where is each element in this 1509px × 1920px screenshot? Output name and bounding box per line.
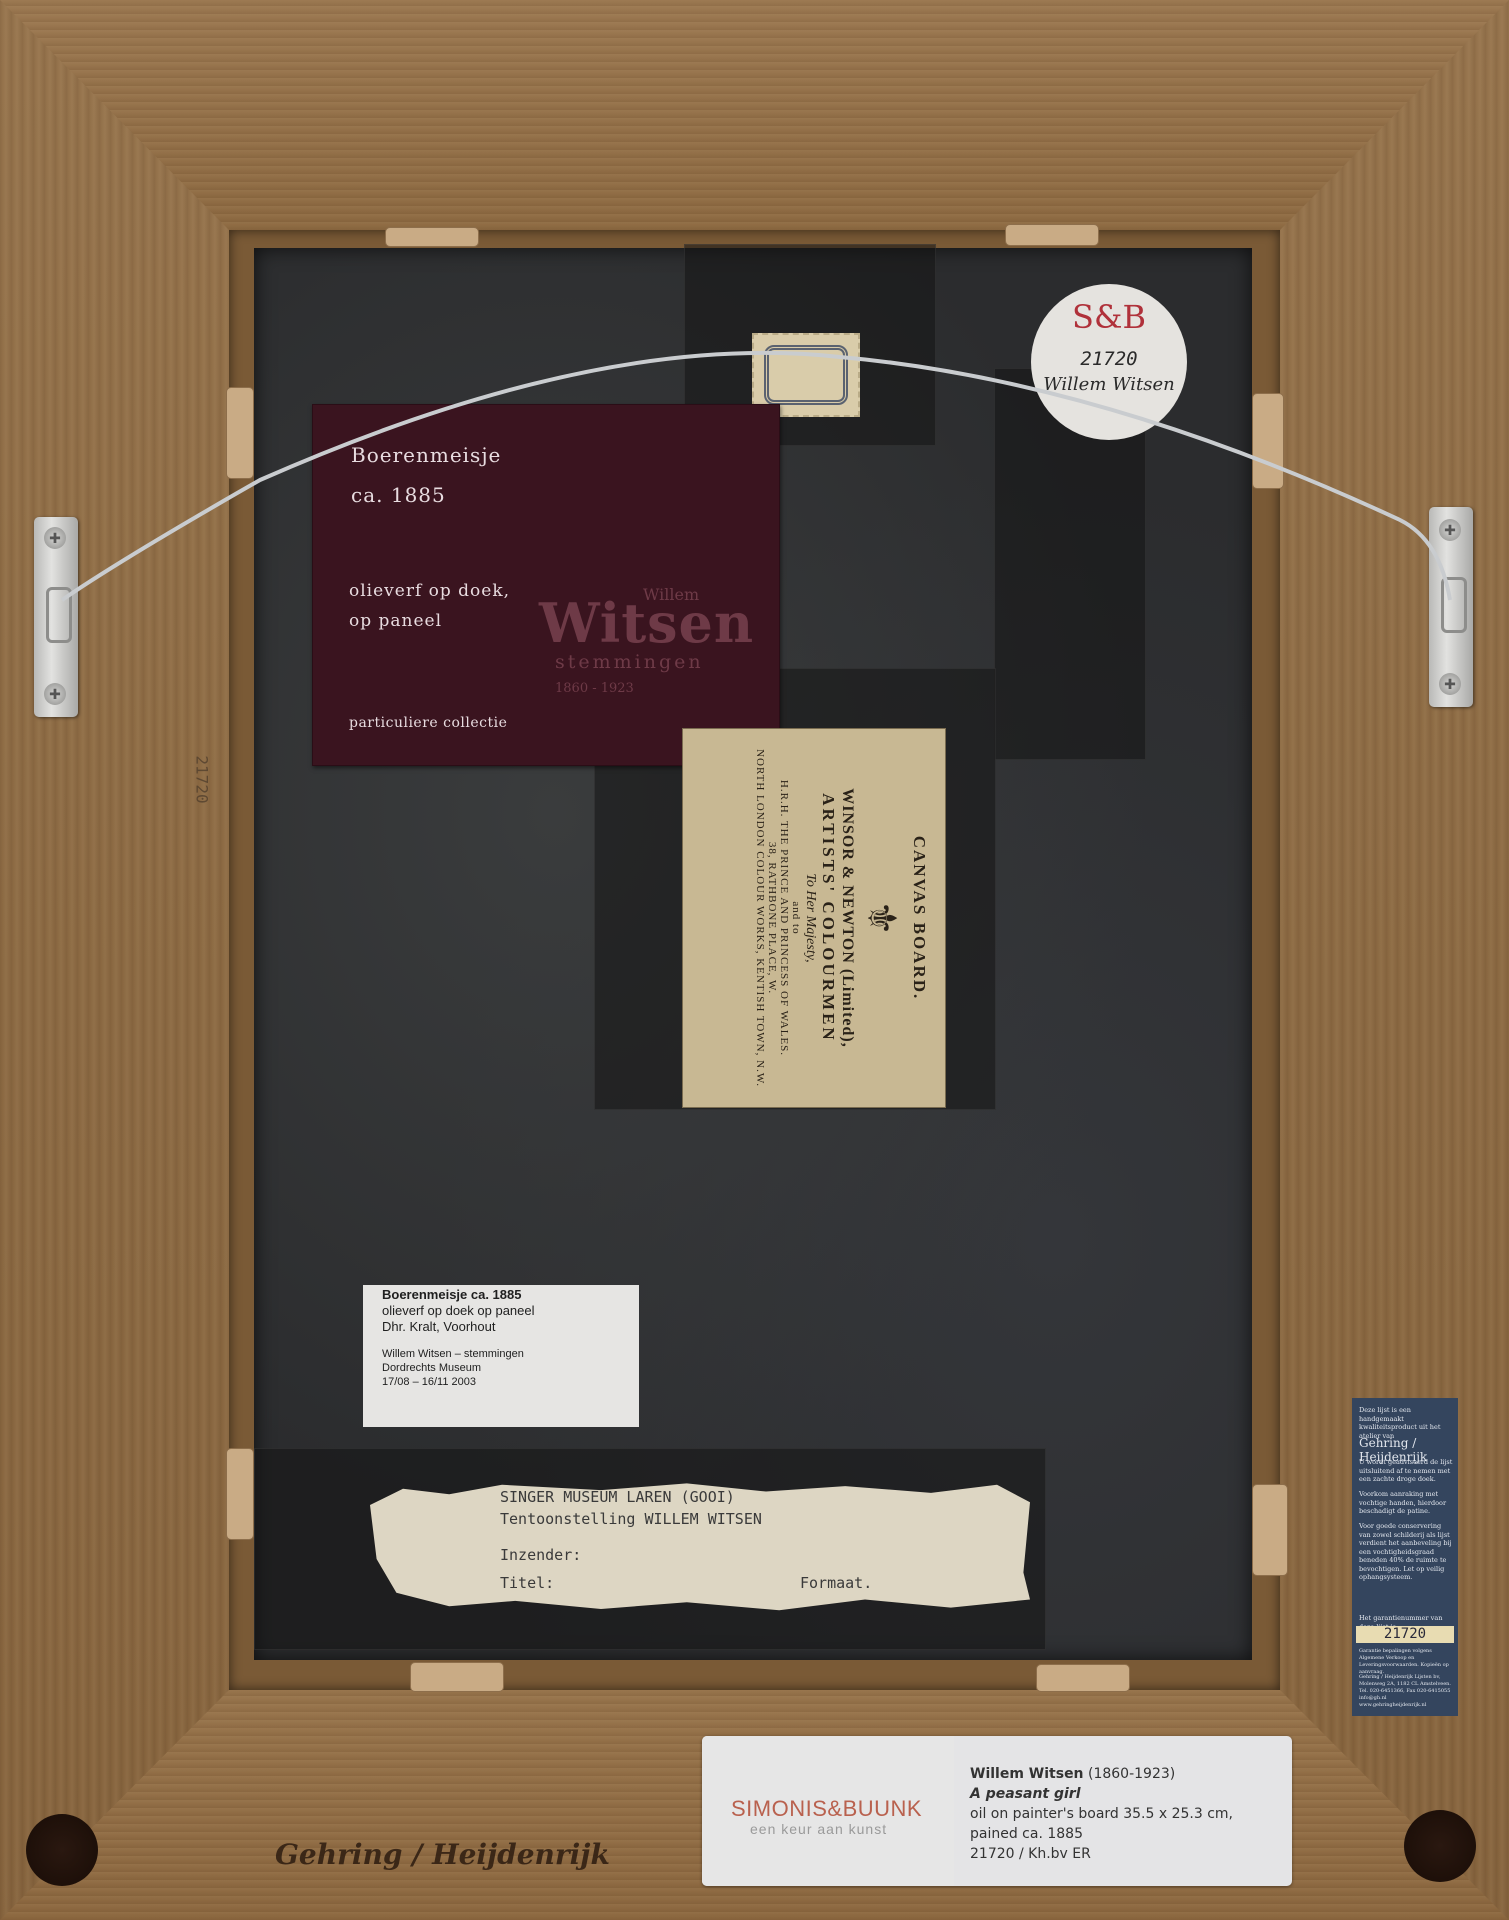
frame-maker-brand: Gehring / Heijdenrijk <box>275 1838 610 1871</box>
hanging-wire <box>0 0 1509 1920</box>
gallery-date: pained ca. 1885 <box>970 1824 1233 1844</box>
wood-plug <box>26 1814 98 1886</box>
gallery-artist: Willem Witsen <box>970 1766 1084 1782</box>
gallery-medium: oil on painter's board 35.5 x 25.3 cm, <box>970 1804 1233 1824</box>
gallery-artist-dates: (1860-1923) <box>1088 1766 1175 1782</box>
gallery-title: A peasant girl <box>970 1784 1233 1804</box>
gallery-reference: 21720 / Kh.bv ER <box>970 1844 1233 1864</box>
gallery-card: SIMONIS&BUUNK een keur aan kunst Willem … <box>702 1736 1292 1886</box>
gallery-logo: SIMONIS&BUUNK <box>731 1796 922 1822</box>
pencil-inventory-number: 21720 <box>193 755 212 803</box>
wood-plug <box>1404 1810 1476 1882</box>
gallery-logo-panel: SIMONIS&BUUNK een keur aan kunst <box>702 1736 954 1886</box>
gallery-tagline: een keur aan kunst <box>750 1821 887 1837</box>
gallery-details: Willem Witsen (1860-1923) A peasant girl… <box>970 1764 1233 1864</box>
